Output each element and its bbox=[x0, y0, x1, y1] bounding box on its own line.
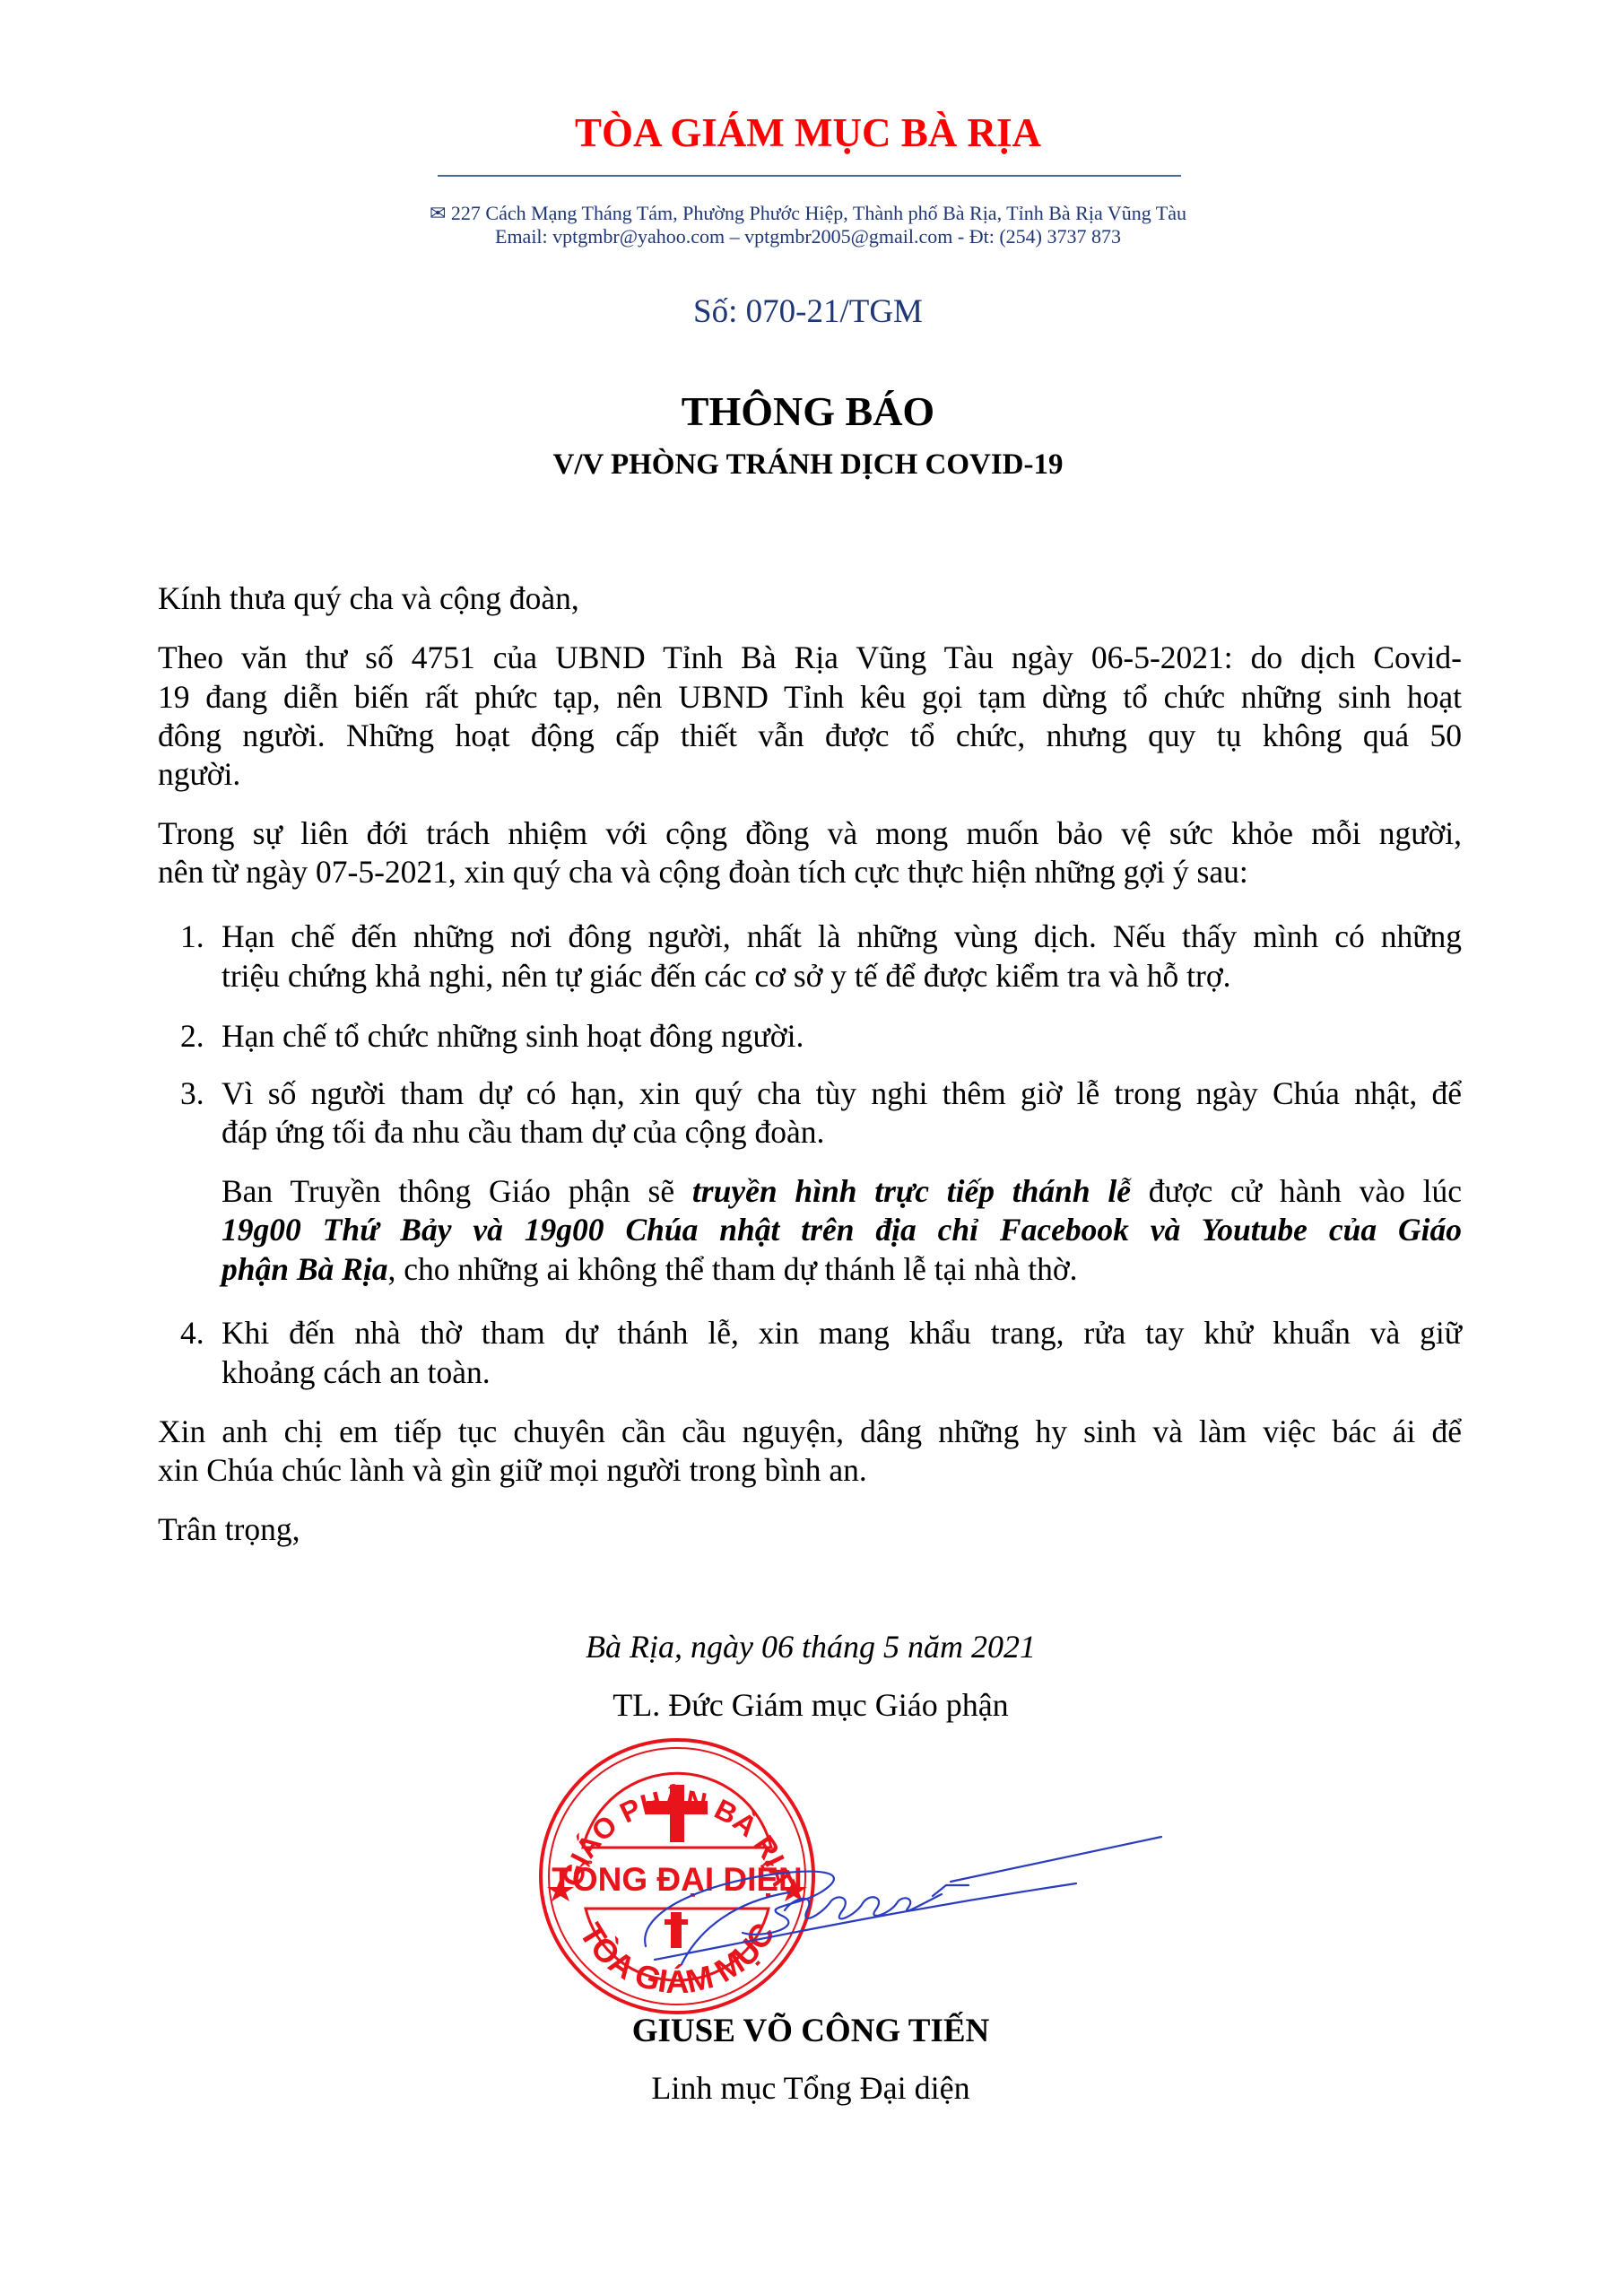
document-subject: V/V PHÒNG TRÁNH DỊCH COVID-19 bbox=[0, 448, 1616, 482]
list-item-line: Khi đến nhà thờ tham dự thánh lễ, xin ma… bbox=[222, 1313, 1462, 1352]
paragraph-line: nên từ ngày 07-5-2021, xin quý cha và cộ… bbox=[158, 852, 1462, 891]
livestream-note-line: 19g00 Thứ Bảy và 19g00 Chúa nhật trên đị… bbox=[222, 1210, 1462, 1249]
organization-title: TÒA GIÁM MỤC BÀ RỊA bbox=[0, 109, 1616, 156]
note-emphasis: truyền hình trực tiếp thánh lễ bbox=[692, 1173, 1131, 1209]
list-item-line: triệu chứng khả nghi, nên tự giác đến cá… bbox=[222, 956, 1462, 996]
reference-number: Số: 070-21/TGM bbox=[0, 292, 1616, 331]
paragraph-line: Xin anh chị em tiếp tục chuyên cần cầu n… bbox=[158, 1412, 1462, 1451]
note-emphasis: phận Bà Rịa bbox=[222, 1251, 387, 1287]
signer-title: Linh mục Tổng Đại diện bbox=[0, 2069, 1616, 2107]
list-item-line: khoảng cách an toàn. bbox=[222, 1352, 1462, 1392]
contact-email-phone: Email: vptgmbr@yahoo.com – vptgmbr2005@g… bbox=[0, 225, 1616, 248]
paragraph-line: người. bbox=[158, 754, 1462, 794]
list-item-line: Hạn chế tổ chức những sinh hoạt đông ngư… bbox=[222, 1016, 1462, 1056]
note-text: , cho những ai không thể tham dự thánh l… bbox=[387, 1251, 1077, 1287]
paragraph-line: xin Chúa chúc lành và gìn giữ mọi người … bbox=[158, 1450, 1462, 1490]
paragraph-line: Trong sự liên đới trách nhiệm với cộng đ… bbox=[158, 813, 1462, 853]
envelope-icon: ✉ bbox=[430, 202, 446, 224]
document-title: THÔNG BÁO bbox=[0, 387, 1616, 435]
address-text: 227 Cách Mạng Tháng Tám, Phường Phước Hi… bbox=[451, 202, 1186, 224]
signer-name: GIUSE VÕ CÔNG TIẾN bbox=[0, 2012, 1616, 2050]
list-item-line: đáp ứng tối đa nhu cầu tham dự của cộng … bbox=[222, 1112, 1462, 1152]
on-behalf-of: TL. Đức Giám mục Giáo phận bbox=[0, 1686, 1616, 1724]
regards: Trân trọng, bbox=[158, 1509, 1462, 1549]
header-divider bbox=[438, 175, 1181, 177]
livestream-note-line: phận Bà Rịa, cho những ai không thể tham… bbox=[222, 1249, 1462, 1289]
contact-address: ✉ 227 Cách Mạng Tháng Tám, Phường Phước … bbox=[0, 202, 1616, 225]
place-and-date: Bà Rịa, ngày 06 tháng 5 năm 2021 bbox=[0, 1628, 1616, 1665]
handwritten-signature bbox=[628, 1821, 1166, 1973]
list-item-line: Vì số người tham dự có hạn, xin quý cha … bbox=[222, 1074, 1462, 1113]
salutation: Kính thưa quý cha và cộng đoàn, bbox=[158, 578, 1462, 618]
list-number: 3. bbox=[180, 1074, 204, 1113]
list-number: 1. bbox=[180, 917, 204, 956]
paragraph-line: đông người. Những hoạt động cấp thiết vẫ… bbox=[158, 716, 1462, 755]
note-text: được cử hành vào lúc bbox=[1131, 1173, 1462, 1209]
paragraph-line: Theo văn thư số 4751 của UBND Tỉnh Bà Rị… bbox=[158, 638, 1462, 677]
list-item-line: Hạn chế đến những nơi đông người, nhất l… bbox=[222, 917, 1462, 956]
livestream-note-line: Ban Truyền thông Giáo phận sẽ truyền hìn… bbox=[222, 1171, 1462, 1211]
note-text: Ban Truyền thông Giáo phận sẽ bbox=[222, 1173, 692, 1209]
list-number: 2. bbox=[180, 1016, 204, 1056]
paragraph-line: 19 đang diễn biến rất phức tạp, nên UBND… bbox=[158, 677, 1462, 717]
list-number: 4. bbox=[180, 1313, 204, 1352]
